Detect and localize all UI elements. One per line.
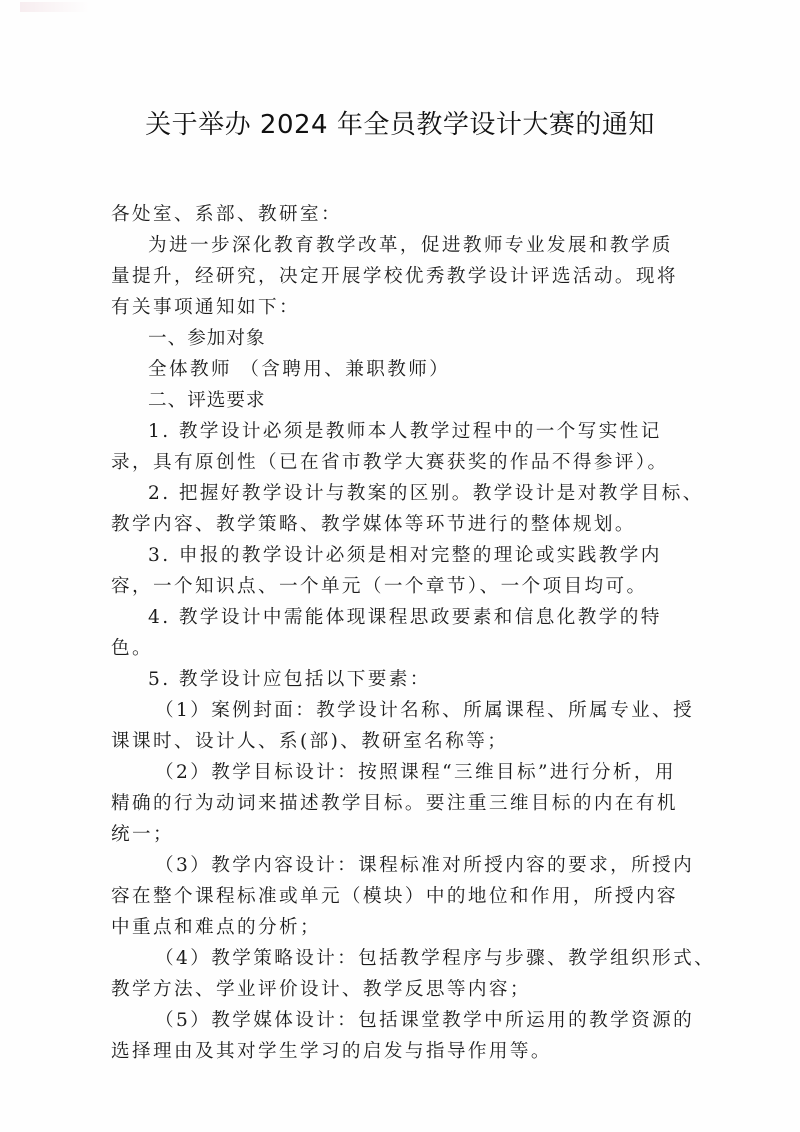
element-item: （1）案例封面：教学设计名称、所属课程、所属专业、授	[111, 695, 701, 726]
requirement-item: 1. 教学设计必须是教师本人教学过程中的一个写实性记	[111, 416, 701, 447]
element-item-cont: 精确的行为动词来描述教学目标。要注重三维目标的内在有机	[111, 788, 701, 819]
requirement-item-cont: 色。	[111, 633, 701, 664]
requirement-item: 4. 教学设计中需能体现课程思政要素和信息化教学的特	[111, 602, 701, 633]
element-item: （5）教学媒体设计：包括课堂教学中所运用的教学资源的	[111, 1005, 701, 1036]
element-item-cont: 课课时、设计人、系(部)、教研室名称等；	[111, 726, 701, 757]
element-item: （3）教学内容设计：课程标准对所授内容的要求，所授内	[111, 850, 701, 881]
intro-line: 有关事项通知如下：	[111, 292, 701, 323]
element-item-cont: 选择理由及其对学生学习的启发与指导作用等。	[111, 1036, 701, 1067]
section-heading-requirements: 二、评选要求	[111, 385, 701, 416]
element-item-cont: 统一；	[111, 819, 701, 850]
participants-text: 全体教师 （含聘用、兼职教师）	[111, 354, 701, 385]
element-item-cont: 容在整个课程标准或单元（模块）中的地位和作用，所授内容	[111, 881, 701, 912]
document-title: 关于举办 2024 年全员教学设计大赛的通知	[0, 104, 800, 141]
element-item-cont: 教学方法、学业评价设计、教学反思等内容；	[111, 974, 701, 1005]
element-item-cont: 中重点和难点的分析；	[111, 912, 701, 943]
intro-line: 量提升，经研究，决定开展学校优秀教学设计评选活动。现将	[111, 261, 701, 292]
requirement-item-cont: 容，一个知识点、一个单元（一个章节）、一个项目均可。	[111, 571, 701, 602]
scan-mark	[20, 2, 90, 12]
requirement-item: 5. 教学设计应包括以下要素：	[111, 664, 701, 695]
section-heading-participants: 一、参加对象	[111, 323, 701, 354]
requirement-item: 2. 把握好教学设计与教案的区别。教学设计是对教学目标、	[111, 478, 701, 509]
salutation: 各处室、系部、教研室：	[111, 199, 701, 230]
element-item: （2）教学目标设计：按照课程“三维目标”进行分析，用	[111, 757, 701, 788]
requirement-item-cont: 录，具有原创性（已在省市教学大赛获奖的作品不得参评）。	[111, 447, 701, 478]
element-item: （4）教学策略设计：包括教学程序与步骤、教学组织形式、	[111, 943, 701, 974]
requirement-item-cont: 教学内容、教学策略、教学媒体等环节进行的整体规划。	[111, 509, 701, 540]
document-body: 各处室、系部、教研室： 为进一步深化教育教学改革，促进教师专业发展和教学质 量提…	[111, 199, 701, 1067]
intro-line: 为进一步深化教育教学改革，促进教师专业发展和教学质	[111, 230, 701, 261]
requirement-item: 3. 申报的教学设计必须是相对完整的理论或实践教学内	[111, 540, 701, 571]
document-page: 关于举办 2024 年全员教学设计大赛的通知 各处室、系部、教研室： 为进一步深…	[0, 0, 800, 1132]
